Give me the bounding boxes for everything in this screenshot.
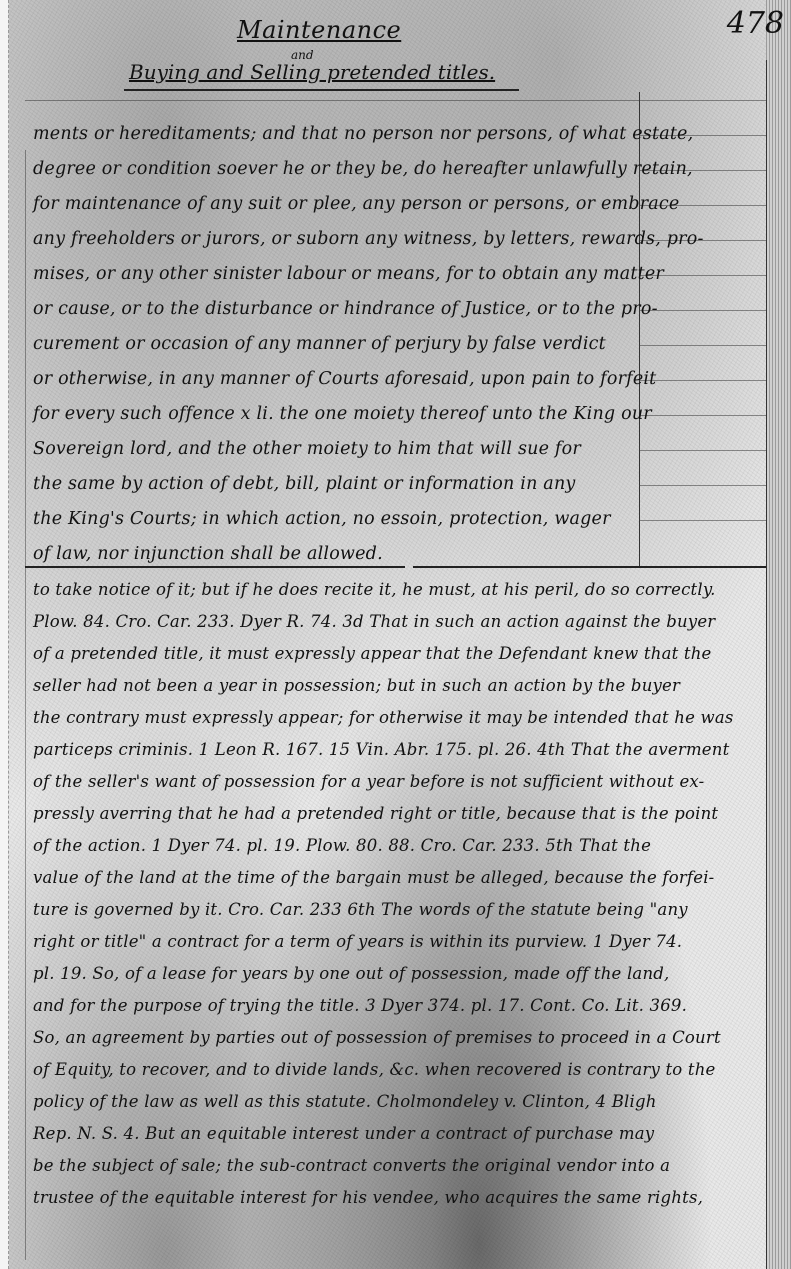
- text-line: the King's Courts; in which action, no e…: [33, 509, 611, 529]
- text-line: for every such offence x li. the one moi…: [33, 404, 652, 424]
- text-line: ture is governed by it. Cro. Car. 233 6t…: [33, 900, 688, 919]
- text-line: So, an agreement by parties out of posse…: [33, 1028, 721, 1047]
- text-line: be the subject of sale; the sub-contract…: [33, 1156, 670, 1175]
- text-line: value of the land at the time of the bar…: [33, 868, 714, 887]
- ruled-line: [639, 520, 766, 521]
- page-edge-shadow: [766, 0, 791, 1269]
- text-line: seller had not been a year in possession…: [33, 676, 680, 695]
- text-line: Sovereign lord, and the other moiety to …: [33, 439, 581, 459]
- text-line: trustee of the equitable interest for hi…: [33, 1188, 703, 1207]
- page-title: Maintenance: [237, 16, 401, 44]
- text-line: and for the purpose of trying the title.…: [33, 996, 687, 1015]
- text-line: the same by action of debt, bill, plaint…: [33, 474, 576, 494]
- text-line: ments or hereditaments; and that no pers…: [33, 124, 693, 144]
- ruled-line: [639, 450, 766, 451]
- right-border-line: [766, 60, 767, 1269]
- ruled-line: [639, 415, 766, 416]
- section-separator-left: [25, 566, 405, 568]
- text-line: or otherwise, in any manner of Courts af…: [33, 369, 656, 389]
- text-line: or cause, or to the disturbance or hindr…: [33, 299, 658, 319]
- ruled-line: [639, 345, 766, 346]
- text-line: right or title" a contract for a term of…: [33, 932, 682, 951]
- text-line: particeps criminis. 1 Leon R. 167. 15 Vi…: [33, 740, 729, 759]
- page-number: 478: [727, 6, 784, 41]
- text-line: any freeholders or jurors, or suborn any…: [33, 229, 704, 249]
- left-margin-line: [25, 150, 26, 1260]
- text-line: pressly averring that he had a pretended…: [33, 804, 718, 823]
- text-line: for maintenance of any suit or plee, any…: [33, 194, 679, 214]
- text-line: of Equity, to recover, and to divide lan…: [33, 1060, 716, 1079]
- ruled-line: [639, 310, 766, 311]
- text-line: curement or occasion of any manner of pe…: [33, 334, 606, 354]
- text-line: the contrary must expressly appear; for …: [33, 708, 734, 727]
- text-line: to take notice of it; but if he does rec…: [33, 580, 716, 599]
- ruled-line: [639, 380, 766, 381]
- manuscript-page: 478 Maintenance and Buying and Selling p…: [8, 0, 791, 1269]
- text-line: mises, or any other sinister labour or m…: [33, 264, 664, 284]
- page-subtitle: Buying and Selling pretended titles.: [129, 60, 495, 84]
- text-line: pl. 19. So, of a lease for years by one …: [33, 964, 670, 983]
- section-separator-right: [413, 566, 766, 568]
- text-line: of a pretended title, it must expressly …: [33, 644, 712, 663]
- text-line: Plow. 84. Cro. Car. 233. Dyer R. 74. 3d …: [33, 612, 715, 631]
- text-line: of law, nor injunction shall be allowed.: [33, 544, 383, 564]
- ruled-line: [25, 100, 766, 101]
- ruled-line: [639, 485, 766, 486]
- text-line: degree or condition soever he or they be…: [33, 159, 693, 179]
- text-line: policy of the law as well as this statut…: [33, 1092, 657, 1111]
- title-divider: [124, 89, 519, 91]
- text-line: of the action. 1 Dyer 74. pl. 19. Plow. …: [33, 836, 651, 855]
- text-line: of the seller's want of possession for a…: [33, 772, 704, 791]
- text-line: Rep. N. S. 4. But an equitable interest …: [33, 1124, 654, 1143]
